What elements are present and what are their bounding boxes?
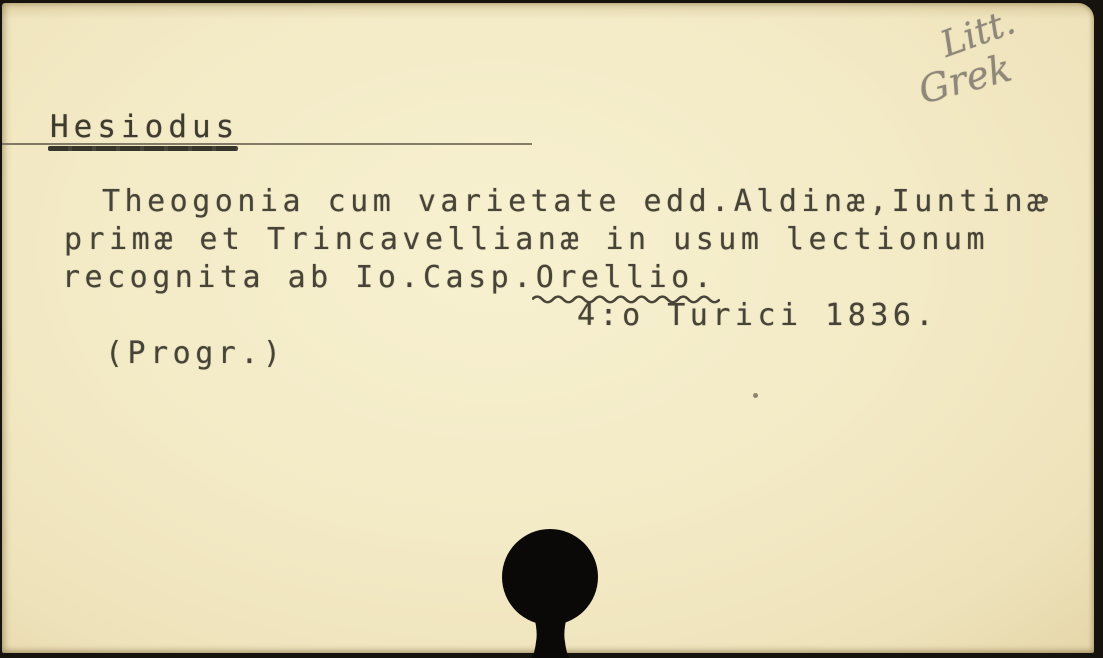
- wavy-underlined-word: Orellio.: [536, 260, 717, 296]
- body-line-3-word: Orellio.: [536, 260, 717, 295]
- ink-speck: [753, 393, 758, 398]
- note-line: (Progr.): [105, 336, 286, 372]
- body-line-3: recognita ab Io.Casp.Orellio.: [62, 260, 716, 296]
- body-line-1: Theogonia cum varietate edd.Aldinæ,Iunti…: [102, 184, 1050, 220]
- body-line-2: primæ et Trincavellianæ in usum lectionu…: [64, 222, 989, 258]
- imprint-line: 4:o Turici 1836.: [577, 298, 938, 334]
- punch-hole-icon: [495, 524, 615, 658]
- typed-underline: [48, 146, 238, 151]
- ink-speck: [1042, 196, 1048, 203]
- card-heading-author: Hesiodus: [50, 109, 239, 145]
- body-line-3-prefix: recognita ab Io.Casp.: [62, 260, 536, 295]
- pencil-annotation-line-2: Grek: [914, 46, 1016, 113]
- scan-background: { "card": { "heading": "Hesiodus", "body…: [0, 0, 1103, 658]
